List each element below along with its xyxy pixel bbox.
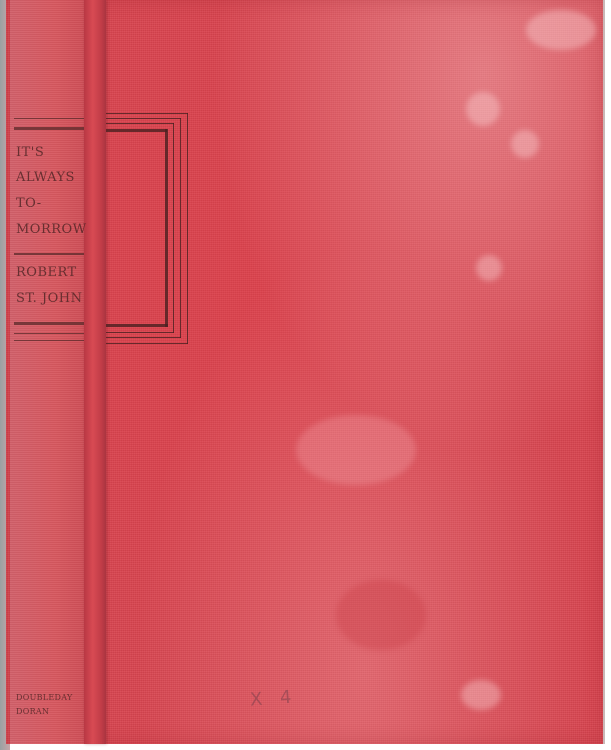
frame-right-line xyxy=(187,113,188,344)
spine-title-line: TO- xyxy=(16,196,42,211)
spine xyxy=(10,0,84,744)
stain xyxy=(336,580,426,650)
frame-right-thick xyxy=(165,129,168,327)
spine-title-line: MORROW xyxy=(16,222,87,237)
spine-title-line: IT'S xyxy=(16,145,44,160)
spine-rule-bottom xyxy=(14,340,84,341)
stain xyxy=(466,92,500,126)
spine-rule-top xyxy=(14,118,84,119)
frame-bottom-line xyxy=(106,343,188,344)
pencil-marks: X 4 xyxy=(249,686,298,710)
stain xyxy=(476,255,502,281)
frame-right-line xyxy=(173,123,174,333)
frame-bottom-thick xyxy=(106,324,168,327)
stain xyxy=(461,680,501,710)
spine-publisher-line: DORAN xyxy=(16,707,49,716)
frame-top-line xyxy=(106,113,188,114)
frame-top-thick xyxy=(106,129,167,132)
spine-rule-bottom xyxy=(14,333,84,334)
stain xyxy=(526,10,596,50)
frame-bottom-line xyxy=(106,337,181,338)
spine-author-line: ST. JOHN xyxy=(16,291,83,306)
stain xyxy=(296,415,416,485)
spine-title-line: ALWAYS xyxy=(16,170,75,185)
spine-rule-middle xyxy=(14,253,84,255)
frame-top-line xyxy=(106,123,174,124)
spine-hinge xyxy=(84,0,106,744)
frame-right-line xyxy=(180,118,181,338)
frame-bottom-line xyxy=(106,332,174,333)
stain xyxy=(511,130,539,158)
spine-publisher-line: DOUBLEDAY xyxy=(16,693,73,702)
frame-top-line xyxy=(106,118,181,119)
spine-rule-top-thick xyxy=(14,127,84,130)
spine-rule-bottom-thick xyxy=(14,322,84,325)
spine-author-line: ROBERT xyxy=(16,265,77,280)
